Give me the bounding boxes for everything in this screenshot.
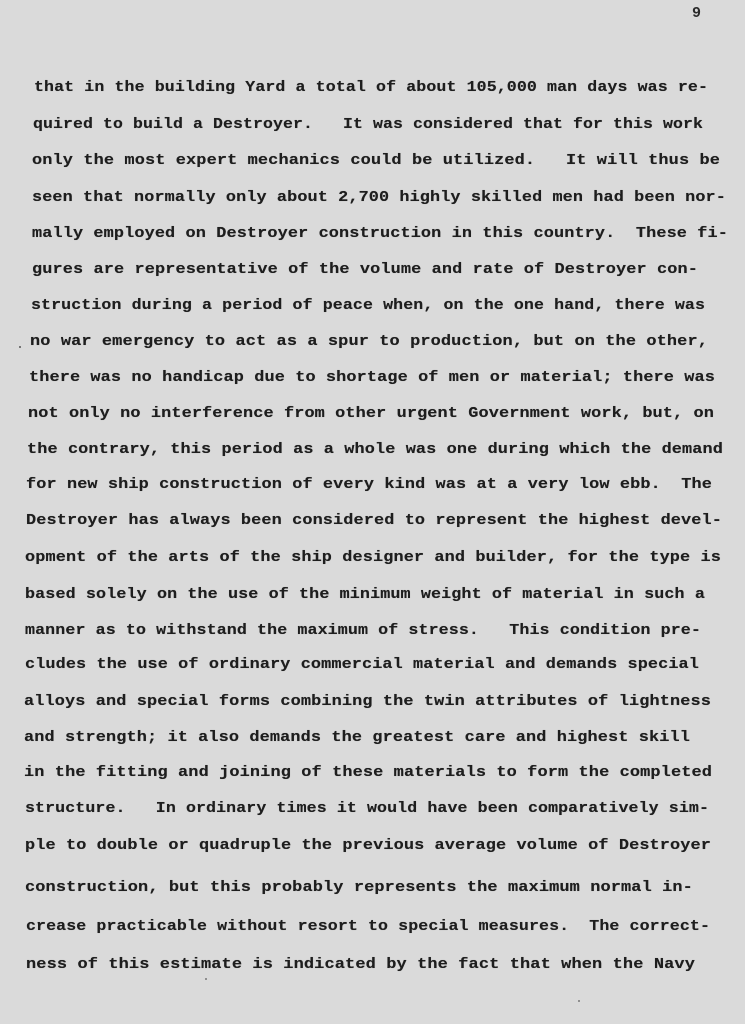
text-line: structure. In ordinary times it would ha… (25, 799, 709, 817)
text-line: in the fitting and joining of these mate… (24, 763, 712, 781)
text-line: that in the building Yard a total of abo… (34, 78, 708, 96)
text-line: opment of the arts of the ship designer … (25, 548, 721, 566)
text-line: not only no interference from other urge… (28, 404, 714, 422)
text-line: construction, but this probably represen… (25, 878, 693, 896)
text-line: cludes the use of ordinary commercial ma… (25, 655, 699, 673)
text-line: seen that normally only about 2,700 high… (32, 188, 726, 206)
document-page: 9 that in the building Yard a total of a… (0, 0, 745, 1024)
text-line: gures are representative of the volume a… (32, 260, 698, 278)
page-number: 9 (692, 5, 701, 22)
text-line: struction during a period of peace when,… (31, 296, 705, 314)
text-line: crease practicable without resort to spe… (26, 917, 710, 935)
text-line: based solely on the use of the minimum w… (25, 585, 705, 603)
text-line: alloys and special forms combining the t… (24, 692, 711, 710)
text-line: manner as to withstand the maximum of st… (25, 621, 701, 639)
text-line: the contrary, this period as a whole was… (27, 440, 723, 458)
paper-speck (205, 978, 207, 980)
text-line: there was no handicap due to shortage of… (29, 368, 715, 386)
text-line: quired to build a Destroyer. It was cons… (33, 115, 703, 133)
text-line: ness of this estimate is indicated by th… (26, 955, 695, 973)
text-line: for new ship construction of every kind … (26, 475, 712, 493)
text-line: only the most expert mechanics could be … (32, 151, 720, 169)
margin-mark (19, 346, 21, 348)
text-line: Destroyer has always been considered to … (26, 511, 722, 529)
text-line: ple to double or quadruple the previous … (25, 836, 711, 854)
paper-speck (578, 1000, 580, 1002)
text-line: and strength; it also demands the greate… (24, 728, 690, 746)
text-line: mally employed on Destroyer construction… (32, 224, 728, 242)
text-line: no war emergency to act as a spur to pro… (30, 332, 708, 350)
